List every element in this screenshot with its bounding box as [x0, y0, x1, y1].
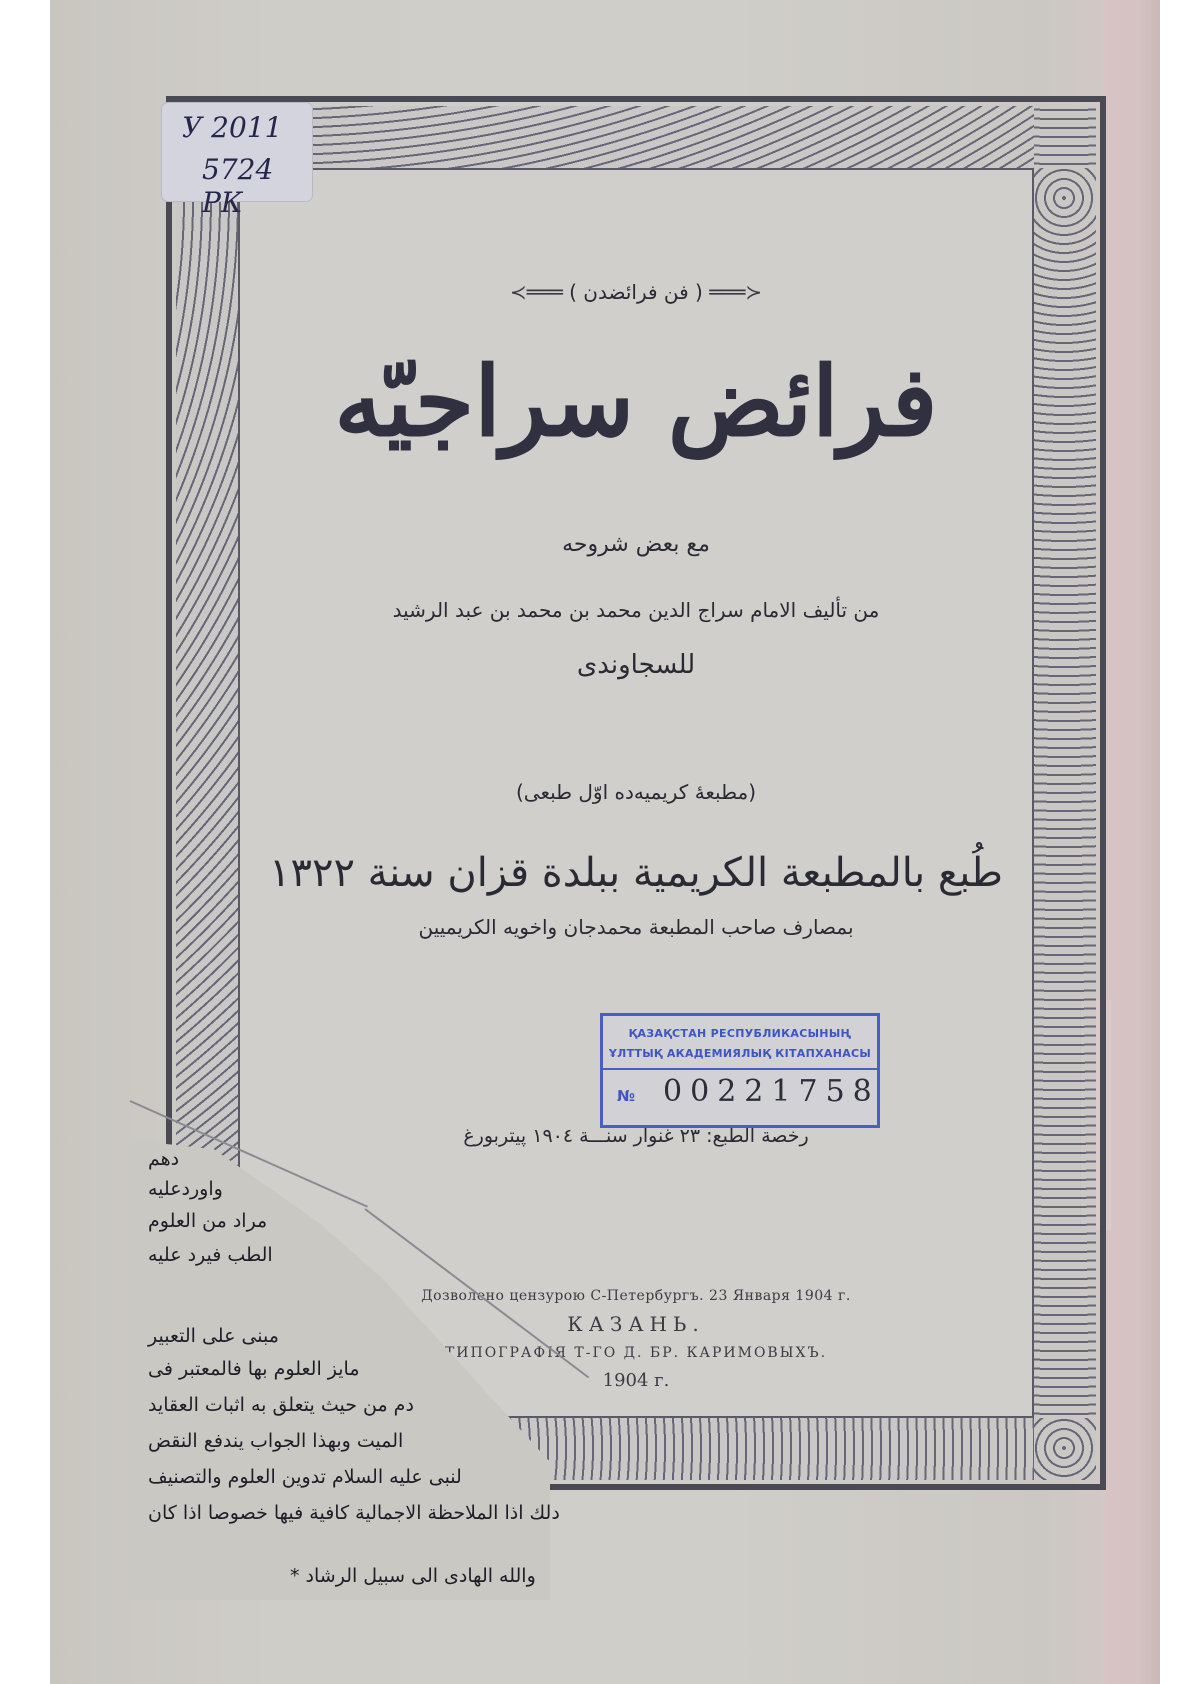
edition-note: (مطبعهٔ كريميه‌ده اوّل طبعى): [240, 780, 1032, 804]
stamp-line-2: ҰЛТТЫҚ АКАДЕМИЯЛЫҚ КІТАПХАНАСЫ: [603, 1044, 877, 1064]
book-title: فرائض سراجيّه: [240, 345, 1032, 458]
pink-page-edge: [1105, 0, 1160, 1684]
fragment-line: مبنى على التعبير: [148, 1325, 688, 1347]
fragment-line: مايز العلوم بها فالمعتبر فى: [148, 1358, 688, 1380]
stamp-line-1: ҚАЗАҚСТАН РЕСПУБЛИКАСЫНЫҢ: [603, 1024, 877, 1044]
library-stamp: ҚАЗАҚСТАН РЕСПУБЛИКАСЫНЫҢ ҰЛТТЫҚ АКАДЕМИ…: [600, 1013, 880, 1128]
stamp-number-row: № 00221758: [603, 1070, 877, 1109]
fragment-line: مراد من العلوم: [148, 1210, 688, 1232]
library-shelf-label: У 2011 5724 РК: [162, 103, 312, 201]
imprint-sub: بمصارف صاحب المطبعة محمدجان واخويه الكري…: [240, 915, 1032, 939]
flourish-right-icon: ═══≻: [510, 280, 563, 304]
fragment-line: دم من حيث يتعلق به اثبات العقايد: [148, 1394, 688, 1416]
imprint-line: طُبع بالمطبعة الكريمية ببلدة قزان سنة ١٣…: [240, 850, 1032, 896]
fragment-line: لنبى عليه السلام تدوين العلوم والتصنيف: [148, 1466, 688, 1488]
fragment-line: دهم: [148, 1148, 688, 1170]
permit-line: رخصة الطبع: ٢٣ غنوار سنـــة ١٩٠٤ پيتربور…: [240, 1125, 1032, 1147]
author-nisba: للسجاوندى: [240, 650, 1032, 680]
shelf-label-line-1: У 2011: [182, 111, 282, 144]
inventory-number: 00221758: [663, 1074, 880, 1109]
subject-heading: ≺═══ ( فن فرائضدن ) ═══≻: [240, 280, 1032, 304]
shelf-label-line-2: 5724 РК: [202, 153, 312, 219]
flourish-left-icon: ≺═══: [709, 280, 762, 304]
number-sign: №: [617, 1087, 635, 1105]
fragment-line: الميت وبهذا الجواب يندفع النقض: [148, 1430, 688, 1452]
fragment-line: واوردعليه: [148, 1178, 688, 1200]
subject-heading-text: ( فن فرائضدن ): [569, 280, 703, 304]
author-line: من تأليف الامام سراج الدين محمد بن محمد …: [240, 598, 1032, 622]
fragment-line: دلك اذا الملاحظة الاجمالية كافية فيها خص…: [148, 1502, 688, 1524]
subtitle: مع بعض شروحه: [240, 532, 1032, 557]
closing-line: والله الهادى الى سبيل الرشاد *: [290, 1565, 536, 1587]
fragment-line: الطب فيرد عليه: [148, 1244, 688, 1266]
